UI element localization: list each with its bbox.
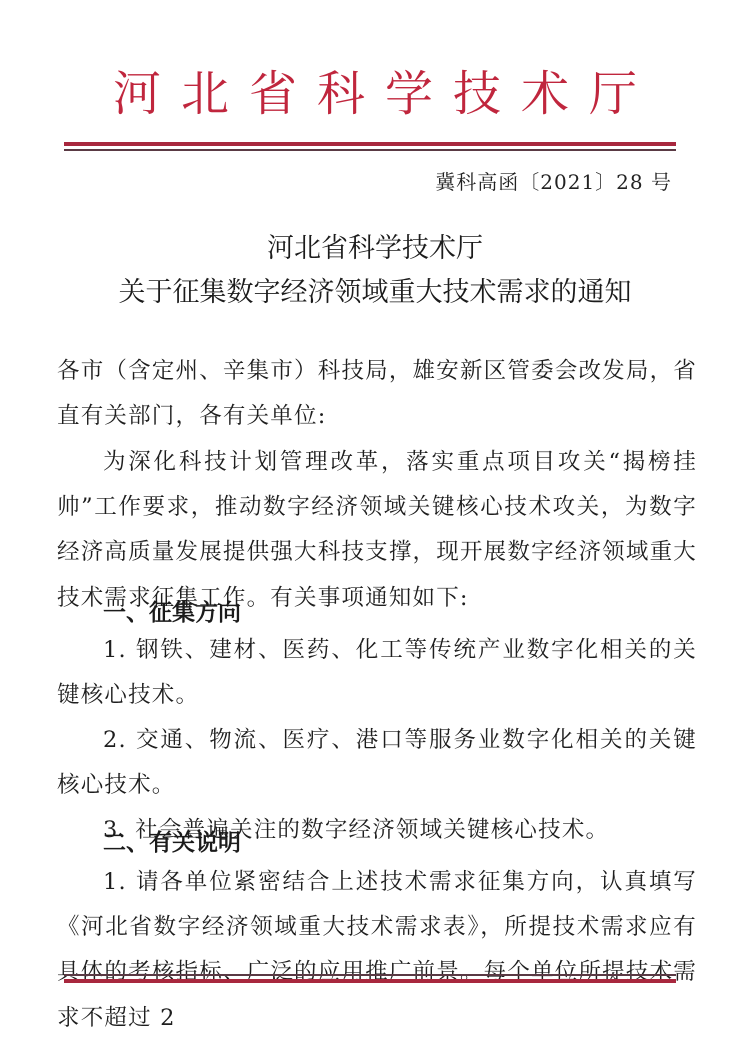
section-1-heading: 一、征集方向	[103, 594, 241, 627]
title-line-1: 河北省科学技术厅	[0, 226, 750, 265]
footer-rule-dark	[64, 974, 676, 976]
salutation: 各市（含定州、辛集市）科技局，雄安新区管委会改发局，省直有关部门，各有关单位:	[57, 349, 697, 439]
section-1-item-1: 1. 钢铁、建材、医药、化工等传统产业数字化相关的关键核心技术。	[57, 628, 697, 718]
masthead-title: 河北省科学技术厅	[60, 62, 690, 126]
document-number: 冀科高函〔2021〕28 号	[435, 166, 672, 195]
title-line-2: 关于征集数字经济领域重大技术需求的通知	[0, 270, 750, 309]
masthead-rule-red	[64, 142, 676, 146]
masthead-rule-dark	[64, 149, 676, 151]
footer-rule-red	[64, 979, 676, 983]
section-2-item-1: 1. 请各单位紧密结合上述技术需求征集方向，认真填写《河北省数字经济领域重大技术…	[57, 860, 697, 1041]
section-1-item-2: 2. 交通、物流、医疗、港口等服务业数字化相关的关键核心技术。	[57, 718, 697, 808]
section-2-heading: 二、有关说明	[103, 824, 241, 857]
